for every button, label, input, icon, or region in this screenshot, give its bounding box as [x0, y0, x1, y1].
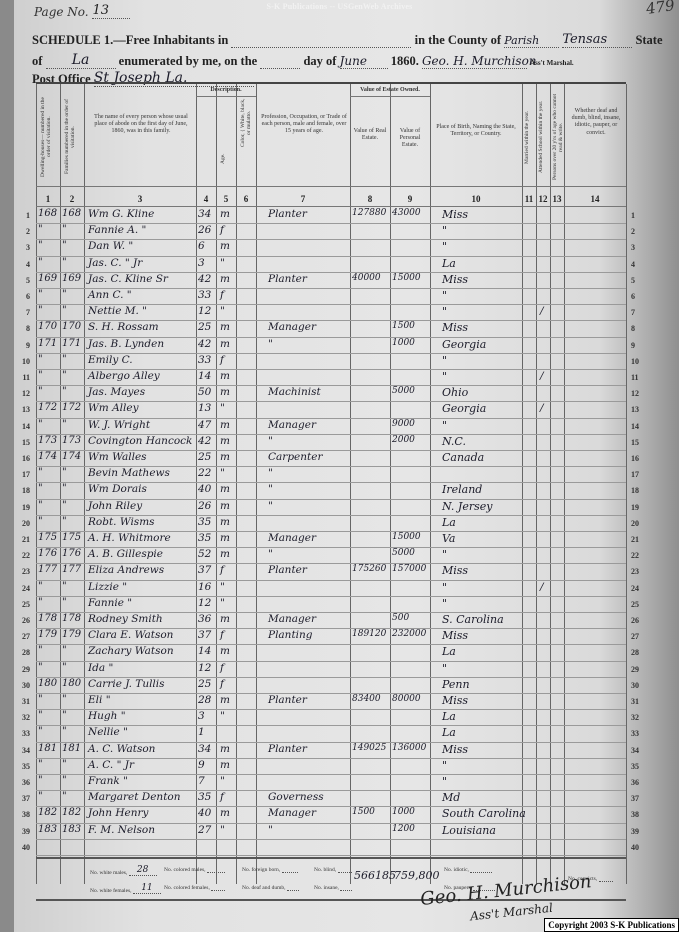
occupation: "	[268, 435, 273, 447]
dwelling-number: "	[38, 662, 43, 673]
age: 34	[198, 743, 211, 755]
row-number-right: 2	[631, 227, 651, 236]
family-number: 176	[62, 548, 81, 559]
age: 40	[198, 483, 211, 495]
birthplace: Miss	[442, 564, 468, 577]
sex: "	[220, 597, 225, 609]
sex: m	[220, 321, 230, 333]
row-number-left: 5	[14, 276, 30, 285]
table-row: 3131""Eli "28mPlanter8340080000Miss	[36, 693, 626, 710]
real-estate-value: 127880	[352, 208, 386, 218]
row-number-left: 33	[14, 729, 30, 738]
family-number: 168	[62, 208, 81, 219]
sex: m	[220, 386, 230, 398]
page-number-value: 13	[92, 3, 130, 19]
schedule-title: SCHEDULE 1.—Free Inhabitants in in the C…	[32, 32, 663, 48]
col-header-family: Families numbered in the order of visita…	[64, 92, 80, 182]
family-number: "	[62, 500, 67, 511]
school-mark: /	[540, 402, 544, 414]
table-row: 3939183183F. M. Nelson27""1200Louisiana	[36, 823, 626, 840]
occupation: "	[268, 467, 273, 479]
occupation: Planting	[268, 629, 313, 641]
occupation: Manager	[268, 613, 316, 625]
table-row: 3636""Frank "7""	[36, 774, 626, 791]
family-number: 179	[62, 629, 81, 640]
row-number-right: 35	[631, 762, 651, 771]
person-name: Dan W. "	[88, 240, 133, 252]
age: 34	[198, 208, 211, 220]
family-number: "	[62, 224, 67, 235]
row-number-left: 20	[14, 519, 30, 528]
birthplace: Miss	[442, 321, 468, 334]
occupation: Planter	[268, 694, 307, 706]
row-number-right: 32	[631, 713, 651, 722]
sex: m	[220, 483, 230, 495]
birthplace: N. Jersey	[442, 500, 492, 513]
birthplace: Ireland	[442, 483, 482, 496]
dwelling-number: "	[38, 694, 43, 705]
birthplace: "	[442, 759, 447, 772]
person-name: Clara E. Watson	[88, 629, 173, 641]
personal-estate-total: 759,800	[394, 869, 440, 882]
age: 25	[198, 451, 211, 463]
birthplace: "	[442, 662, 447, 675]
row-number-right: 12	[631, 389, 651, 398]
person-name: Jas. C. " Jr	[88, 257, 142, 269]
row-number-left: 34	[14, 746, 30, 755]
row-number-right: 26	[631, 616, 651, 625]
row-number-left: 23	[14, 567, 30, 576]
white-males-count: 28	[129, 865, 157, 876]
real-estate-value: 83400	[352, 694, 381, 704]
person-name: Jas. B. Lynden	[88, 338, 164, 350]
white-females-count: 11	[133, 883, 161, 894]
row-number-left: 10	[14, 357, 30, 366]
family-number: "	[62, 240, 67, 251]
real-estate-value: 149025	[352, 743, 386, 753]
age: 37	[198, 629, 211, 641]
row-number-left: 22	[14, 551, 30, 560]
dwelling-number: "	[38, 775, 43, 786]
age: 27	[198, 824, 211, 836]
table-row: 3737""Margaret Denton35fGovernessMd	[36, 790, 626, 807]
personal-estate-value: 1000	[392, 338, 415, 348]
dwelling-number: 176	[38, 548, 57, 559]
person-name: Robt. Wisms	[88, 516, 155, 528]
dwelling-number: "	[38, 224, 43, 235]
col-header-birthplace: Place of Birth, Naming the State, Territ…	[436, 124, 516, 138]
sex: "	[220, 775, 225, 787]
dwelling-number: "	[38, 305, 43, 316]
col-header-school: Attended School within the year.	[538, 92, 548, 182]
row-number-left: 13	[14, 405, 30, 414]
table-row: 1010""Emily C.33f"	[36, 353, 626, 370]
row-number-right: 30	[631, 681, 651, 690]
dwelling-number: "	[38, 791, 43, 802]
birthplace: Georgia	[442, 338, 486, 351]
row-number-left: 14	[14, 422, 30, 431]
age: 3	[198, 710, 205, 722]
real-estate-value: 175260	[352, 564, 386, 574]
dwelling-number: "	[38, 370, 43, 381]
age: 35	[198, 791, 211, 803]
sex: f	[220, 289, 224, 301]
age: 14	[198, 645, 211, 657]
family-number: "	[62, 257, 67, 268]
sex: m	[220, 645, 230, 657]
sex: f	[220, 678, 224, 690]
age: 36	[198, 613, 211, 625]
age: 3	[198, 257, 205, 269]
table-row: 2626178178Rodney Smith36mManager500S. Ca…	[36, 612, 626, 629]
table-row: 2020""Robt. Wisms35mLa	[36, 515, 626, 532]
sex: f	[220, 224, 224, 236]
row-number-left: 39	[14, 827, 30, 836]
sex: m	[220, 613, 230, 625]
occupation: "	[268, 483, 273, 495]
person-name: John Riley	[88, 500, 142, 512]
age: 26	[198, 224, 211, 236]
row-number-left: 27	[14, 632, 30, 641]
table-row: 2929""Ida "12f"	[36, 661, 626, 678]
sex: m	[220, 500, 230, 512]
family-number: 169	[62, 273, 81, 284]
row-number-right: 14	[631, 422, 651, 431]
personal-estate-value: 5000	[392, 386, 415, 396]
occupation: Carpenter	[268, 451, 322, 463]
sex: f	[220, 354, 224, 366]
sex: "	[220, 710, 225, 722]
birthplace: Miss	[442, 694, 468, 707]
family-number: 183	[62, 824, 81, 835]
table-row: 22""Fannie A. "26f"	[36, 223, 626, 240]
table-row: 55169169Jas. C. Kline Sr42mPlanter400001…	[36, 272, 626, 289]
birthplace: La	[442, 645, 456, 658]
birthplace: Georgia	[442, 402, 486, 415]
row-number-left: 26	[14, 616, 30, 625]
occupation: "	[268, 338, 273, 350]
family-number: "	[62, 354, 67, 365]
row-number-right: 3	[631, 243, 651, 252]
person-name: Jas. C. Kline Sr	[88, 273, 168, 285]
birthplace: "	[442, 289, 447, 302]
table-row: 1616174174Wm Walles25mCarpenterCanada	[36, 450, 626, 467]
row-number-right: 38	[631, 810, 651, 819]
census-table: Dwelling-houses— numbered in the order o…	[36, 82, 626, 884]
age: 52	[198, 548, 211, 560]
row-number-left: 18	[14, 486, 30, 495]
personal-estate-value: 1500	[392, 321, 415, 331]
row-number-left: 17	[14, 470, 30, 479]
table-row: 2525""Fannie "12""	[36, 596, 626, 613]
family-number: 173	[62, 435, 81, 446]
real-estate-value: 1500	[352, 807, 375, 817]
row-number-left: 9	[14, 341, 30, 350]
family-number: "	[62, 483, 67, 494]
copyright-notice: Copyright 2003 S-K Publications	[544, 918, 679, 932]
age: 16	[198, 581, 211, 593]
row-number-right: 21	[631, 535, 651, 544]
age: 12	[198, 597, 211, 609]
birthplace: La	[442, 257, 456, 270]
county-name: Tensas	[562, 32, 632, 48]
family-number: 170	[62, 321, 81, 332]
age: 6	[198, 240, 205, 252]
occupation: Manager	[268, 532, 316, 544]
age: 35	[198, 532, 211, 544]
person-name: F. M. Nelson	[88, 824, 155, 836]
table-row: 77""Nettie M. "12""/	[36, 304, 626, 321]
table-row: 3030180180Carrie J. Tullis25fPenn	[36, 677, 626, 694]
sex: f	[220, 791, 224, 803]
school-mark: /	[540, 581, 544, 593]
dwelling-number: "	[38, 726, 43, 737]
family-number: "	[62, 386, 67, 397]
dwelling-number: "	[38, 467, 43, 478]
family-number: 175	[62, 532, 81, 543]
dwelling-number: 178	[38, 613, 57, 624]
person-name: Bevin Mathews	[88, 467, 170, 479]
table-row: 2222176176A. B. Gillespie52m"5000"	[36, 547, 626, 564]
table-row: 2323177177Eliza Andrews37fPlanter1752601…	[36, 563, 626, 580]
family-number: "	[62, 726, 67, 737]
occupation: Manager	[268, 321, 316, 333]
age: 37	[198, 564, 211, 576]
birthplace: Canada	[442, 451, 484, 464]
table-row: 44""Jas. C. " Jr3"La	[36, 256, 626, 273]
dwelling-number: "	[38, 645, 43, 656]
personal-estate-value: 9000	[392, 419, 415, 429]
age: 25	[198, 321, 211, 333]
age: 14	[198, 370, 211, 382]
age: 7	[198, 775, 205, 787]
person-name: Frank "	[88, 775, 128, 787]
sex: m	[220, 516, 230, 528]
table-row: 99171171Jas. B. Lynden42m"1000Georgia	[36, 337, 626, 354]
family-number: "	[62, 710, 67, 721]
row-number-left: 15	[14, 438, 30, 447]
sex: m	[220, 759, 230, 771]
occupation: Manager	[268, 807, 316, 819]
family-number: "	[62, 289, 67, 300]
age: 12	[198, 662, 211, 674]
school-mark: /	[540, 305, 544, 317]
personal-estate-value: 500	[392, 613, 409, 623]
row-number-right: 28	[631, 648, 651, 657]
birthplace: Penn	[442, 678, 470, 691]
row-number-left: 12	[14, 389, 30, 398]
sex: "	[220, 581, 225, 593]
family-number: 177	[62, 564, 81, 575]
age: 47	[198, 419, 211, 431]
table-row: 3535""A. C. " Jr9m"	[36, 758, 626, 775]
row-number-right: 27	[631, 632, 651, 641]
dwelling-number: 173	[38, 435, 57, 446]
row-number-right: 33	[631, 729, 651, 738]
personal-estate-value: 136000	[392, 743, 426, 753]
sex: m	[220, 532, 230, 544]
col-header-infirmities: Whether deaf and dumb, blind, insane, id…	[568, 108, 624, 137]
col-header-color: Color, { White, black, or mulatto.	[240, 98, 252, 148]
birthplace: South Carolina	[442, 807, 526, 820]
family-number: "	[62, 467, 67, 478]
dwelling-number: 181	[38, 743, 57, 754]
row-number-left: 38	[14, 810, 30, 819]
family-number: 178	[62, 613, 81, 624]
table-row: 1919""John Riley26m"N. Jersey	[36, 499, 626, 516]
person-name: John Henry	[88, 807, 148, 819]
person-name: A. C. " Jr	[88, 759, 134, 771]
sex: m	[220, 451, 230, 463]
sex: m	[220, 548, 230, 560]
dwelling-number: 169	[38, 273, 57, 284]
table-row: 1818""Wm Dorais40m"Ireland	[36, 482, 626, 499]
sex: m	[220, 338, 230, 350]
table-row: 2121175175A. H. Whitmore35mManager15000V…	[36, 531, 626, 548]
dwelling-number: 168	[38, 208, 57, 219]
table-row: 1717""Bevin Mathews22""	[36, 466, 626, 483]
age: 26	[198, 500, 211, 512]
personal-estate-value: 15000	[392, 532, 421, 542]
dwelling-number: 175	[38, 532, 57, 543]
birthplace: La	[442, 726, 456, 739]
birthplace: "	[442, 305, 447, 318]
occupation: "	[268, 500, 273, 512]
dwelling-number: "	[38, 386, 43, 397]
row-number-right: 11	[631, 373, 651, 382]
row-number-left: 11	[14, 373, 30, 382]
dwelling-number: 171	[38, 338, 57, 349]
state-value: La	[46, 52, 116, 69]
sex: m	[220, 694, 230, 706]
birthplace: "	[442, 354, 447, 367]
row-number-right: 15	[631, 438, 651, 447]
person-name: Wm Dorais	[88, 483, 147, 495]
occupation: Planter	[268, 208, 307, 220]
table-row: 3232""Hugh "3"La	[36, 709, 626, 726]
sex: "	[220, 467, 225, 479]
family-number: "	[62, 775, 67, 786]
school-mark: /	[540, 370, 544, 382]
page-number: Page No. 13	[34, 3, 130, 19]
row-number-left: 28	[14, 648, 30, 657]
col-header-dwelling: Dwelling-houses— numbered in the order o…	[40, 92, 56, 182]
person-name: Nettie M. "	[88, 305, 147, 317]
family-number: "	[62, 662, 67, 673]
age: 25	[198, 678, 211, 690]
table-row: 1313172172Wm Alley13"Georgia/	[36, 401, 626, 418]
person-name: Margaret Denton	[88, 791, 181, 803]
dwelling-number: 177	[38, 564, 57, 575]
person-name: Eliza Andrews	[88, 564, 164, 576]
person-name: A. B. Gillespie	[88, 548, 163, 560]
row-number-left: 40	[14, 843, 30, 852]
person-name: A. C. Watson	[88, 743, 155, 755]
age: 42	[198, 273, 211, 285]
age: 13	[198, 402, 211, 414]
dwelling-number: "	[38, 354, 43, 365]
family-number: 172	[62, 402, 81, 413]
person-name: Carrie J. Tullis	[88, 678, 165, 690]
sex: "	[220, 257, 225, 269]
row-number-left: 30	[14, 681, 30, 690]
occupation: Machinist	[268, 386, 321, 398]
col-header-estate: Value of Estate Owned.	[350, 87, 430, 94]
row-number-right: 6	[631, 292, 651, 301]
birthplace: Md	[442, 791, 460, 804]
row-number-left: 36	[14, 778, 30, 787]
row-number-right: 34	[631, 746, 651, 755]
person-name: Ida "	[88, 662, 113, 674]
sex: "	[220, 824, 225, 836]
age: 33	[198, 354, 211, 366]
person-name: Fannie A. "	[88, 224, 146, 236]
row-number-right: 19	[631, 503, 651, 512]
col-header-married: Married within the year.	[524, 92, 534, 182]
table-row: 1414""W. J. Wright47mManager9000"	[36, 418, 626, 435]
birthplace: "	[442, 581, 447, 594]
table-row: 2727179179Clara E. Watson37fPlanting1891…	[36, 628, 626, 645]
row-number-left: 37	[14, 794, 30, 803]
occupation: "	[268, 824, 273, 836]
sex: f	[220, 629, 224, 641]
birthplace: Louisiana	[442, 824, 496, 837]
dwelling-number: "	[38, 240, 43, 251]
birthplace: Miss	[442, 273, 468, 286]
dwelling-number: 180	[38, 678, 57, 689]
birthplace: Miss	[442, 629, 468, 642]
col-header-description: Description.	[196, 87, 256, 94]
person-name: S. H. Rossam	[88, 321, 159, 333]
real-estate-value: 189120	[352, 629, 386, 639]
personal-estate-value: 1000	[392, 807, 415, 817]
dwelling-number: 183	[38, 824, 57, 835]
row-number-right: 31	[631, 697, 651, 706]
personal-estate-value: 43000	[392, 208, 421, 218]
family-number: "	[62, 516, 67, 527]
row-number-left: 1	[14, 211, 30, 220]
person-name: Albergo Alley	[88, 370, 160, 382]
sex: m	[220, 208, 230, 220]
real-estate-value: 40000	[352, 273, 381, 283]
row-number-right: 13	[631, 405, 651, 414]
dwelling-number: "	[38, 710, 43, 721]
row-number-right: 16	[631, 454, 651, 463]
row-number-left: 19	[14, 503, 30, 512]
personal-estate-value: 80000	[392, 694, 421, 704]
person-name: Hugh "	[88, 710, 126, 722]
personal-estate-value: 232000	[392, 629, 426, 639]
sex: m	[220, 435, 230, 447]
table-row: 11168168Wm G. Kline34mPlanter12788043000…	[36, 207, 626, 224]
person-name: Wm Walles	[88, 451, 147, 463]
row-number-right: 36	[631, 778, 651, 787]
person-name: W. J. Wright	[88, 419, 150, 431]
sex: f	[220, 564, 224, 576]
row-number-right: 8	[631, 324, 651, 333]
table-row: 3838182182John Henry40mManager15001000So…	[36, 806, 626, 823]
row-number-left: 24	[14, 584, 30, 593]
county-type: Parish	[504, 34, 559, 48]
sex: m	[220, 370, 230, 382]
person-name: Wm Alley	[88, 402, 139, 414]
row-number-left: 3	[14, 243, 30, 252]
table-row: 66""Ann C. "33f"	[36, 288, 626, 305]
family-number: "	[62, 419, 67, 430]
family-number: "	[62, 581, 67, 592]
table-row: 3333""Nellie "1La	[36, 725, 626, 742]
age: 42	[198, 435, 211, 447]
